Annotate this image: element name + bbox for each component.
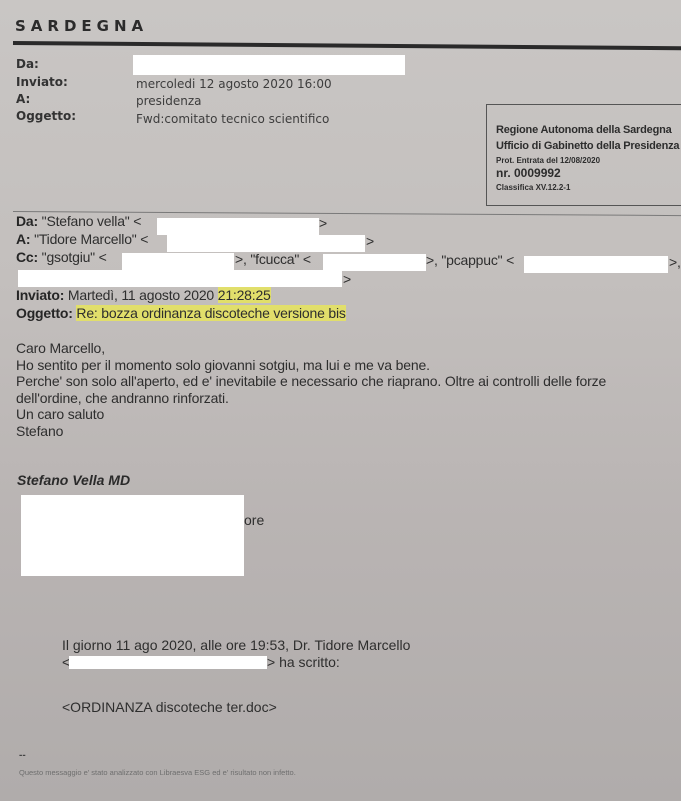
signature-fragment: ore <box>244 512 264 528</box>
redacted-quoted-email <box>69 656 267 669</box>
mail-cc-line: Cc: "gsotgiu" < <box>16 249 107 265</box>
quoted-intro: Il giorno 11 ago 2020, alle ore 19:53, D… <box>62 637 410 653</box>
signature-name: Stefano Vella MD <box>17 472 130 488</box>
stamp-number: nr. 0009992 <box>496 166 561 180</box>
header-subject-value: Fwd:comitato tecnico scientifico <box>136 112 329 126</box>
redacted-to-email <box>167 235 365 252</box>
body-line: dell'ordine, che andranno rinforzati. <box>16 390 681 407</box>
stamp-classification: Classifica XV.12.2-1 <box>496 183 570 192</box>
header-to-label: A: <box>16 92 30 106</box>
mail-cc-2: >, "fcucca" < <box>235 251 311 267</box>
redacted-cc-4-email <box>18 270 342 287</box>
stamp-region: Regione Autonoma della Sardegna <box>496 124 672 136</box>
mail-to-name: "Tidore Marcello" < <box>34 231 148 247</box>
mail-subject-value: Re: bozza ordinanza discoteche versione … <box>76 305 345 321</box>
redacted-cc-1-email <box>122 253 234 270</box>
mail-to-close: > <box>366 233 374 249</box>
top-divider <box>13 41 681 50</box>
header-from-label: Da: <box>16 57 39 71</box>
header-to-value: presidenza <box>136 94 202 108</box>
mail-cc-label: Cc: <box>16 249 38 265</box>
redacted-cc-2-email <box>323 254 426 271</box>
mail-subject-line: Oggetto: Re: bozza ordinanza discoteche … <box>16 305 346 321</box>
mail-from-close: > <box>319 215 327 231</box>
mail-sent-line: Inviato: Martedì, 11 agosto 2020 21:28:2… <box>16 287 271 303</box>
mail-cc-3-close: >, <box>669 254 681 270</box>
redacted-cc-3-email <box>524 256 668 273</box>
quoted-attachment[interactable]: <ORDINANZA discoteche ter.doc> <box>62 699 277 715</box>
mail-sent-date: Martedì, 11 agosto 2020 <box>68 287 214 303</box>
mail-to-label: A: <box>16 231 30 247</box>
mail-from-line: Da: "Stefano vella" < <box>16 213 141 229</box>
brand-title: SARDEGNA <box>15 17 148 35</box>
redacted-from-email <box>157 218 319 235</box>
mail-to-line: A: "Tidore Marcello" < <box>16 231 148 247</box>
mail-sent-time: 21:28:25 <box>218 287 271 303</box>
header-subject-label: Oggetto: <box>16 109 76 123</box>
redacted-from-address <box>133 55 405 75</box>
header-sent-value: mercoledi 12 agosto 2020 16:00 <box>136 77 332 91</box>
mail-body: Caro Marcello, Ho sentito per il momento… <box>16 340 681 439</box>
mail-sent-label: Inviato: <box>16 287 64 303</box>
mail-from-label: Da: <box>16 213 38 229</box>
footer-scan-note: Questo messaggio e' stato analizzato con… <box>19 768 296 777</box>
mail-cc-4-close: > <box>343 271 351 287</box>
header-sent-label: Inviato: <box>16 75 68 89</box>
mail-from-name: "Stefano vella" < <box>42 213 142 229</box>
quoted-wrote: > ha scritto: <box>267 654 340 670</box>
body-line: Ho sentito per il momento solo giovanni … <box>16 357 681 374</box>
stamp-entry-date: Prot. Entrata del 12/08/2020 <box>496 156 600 165</box>
body-line: Stefano <box>16 423 681 440</box>
body-line: Caro Marcello, <box>16 340 681 357</box>
stamp-office: Ufficio di Gabinetto della Presidenza <box>496 140 679 152</box>
body-line: Perche' son solo all'aperto, ed e' inevi… <box>16 373 681 390</box>
body-line: Un caro saluto <box>16 406 681 423</box>
footer-dash: -- <box>19 750 26 761</box>
mail-subject-label: Oggetto: <box>16 305 73 321</box>
mail-cc-3: >, "pcappuc" < <box>426 252 514 268</box>
redacted-signature-block <box>21 495 244 576</box>
mail-cc-1: "gsotgiu" < <box>42 249 107 265</box>
